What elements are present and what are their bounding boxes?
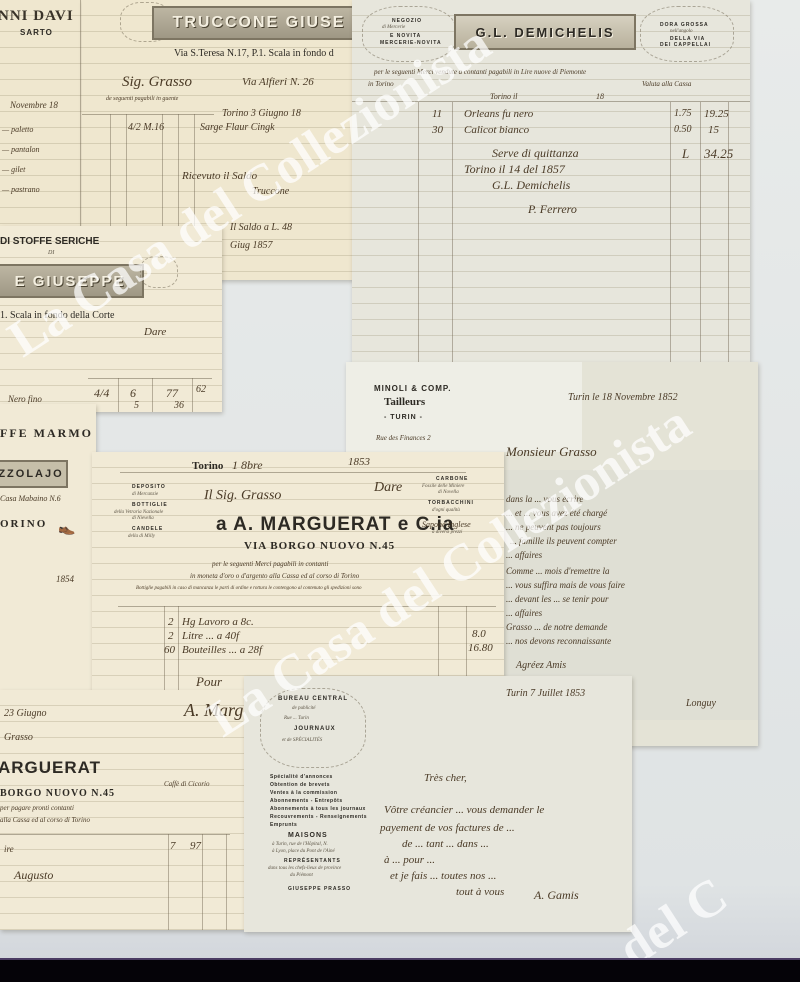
marguerat-left-box-4: della Vetraria Nazionale (114, 510, 163, 515)
divider (168, 834, 169, 930)
marguerat-notice: Bottiglie pagabili in caso di mancanza l… (136, 586, 361, 591)
marguerat-row3-qty: 60 (164, 644, 175, 656)
marguerat-left-box-2: di Mercanzie (132, 492, 158, 497)
davi-trade: SARTO (20, 28, 53, 37)
minoli-trade: Tailleurs (384, 396, 425, 408)
bureau-vignette-1: BUREAU CENTRAL (278, 696, 348, 702)
minoli-body-line: ... ne peuvent pas toujours (506, 522, 601, 532)
truccone-street: Via Alfieri N. 26 (242, 76, 314, 88)
marguerat2-row-label: ire (4, 844, 14, 854)
davi-line: — pantalon (2, 145, 40, 154)
marmo-line1: FFE MARMO (0, 426, 93, 441)
divider (670, 102, 671, 362)
bureau-vignette-3: Rue ... Turin (284, 716, 309, 721)
minoli-body-line: ... devant les ... se tenir pour (506, 594, 609, 604)
marguerat-right-box-1: CARBONE (436, 476, 468, 482)
demichelis-valuta: Valuta alla Cassa (642, 80, 691, 88)
truccone-note4: Giug 1857 (230, 240, 273, 251)
bureau-service: Abonnements - Entrepôts (270, 798, 343, 804)
bureau-signature: A. Gamis (534, 888, 579, 903)
divider (88, 378, 212, 379)
shoe-icon: 👞 (58, 520, 75, 537)
minoli-address: Rue des Finances 2 (376, 434, 431, 442)
demichelis-receipt-line-3: G.L. Demichelis (492, 178, 570, 193)
bureau-salutation: Très cher, (424, 772, 467, 784)
marmo-date: 1854 (56, 574, 74, 584)
demichelis-receipt-line-4: P. Ferrero (528, 202, 577, 217)
demichelis-right-box-1: DORA GROSSA (660, 22, 709, 28)
demichelis-date-label: Torino il (490, 92, 518, 101)
divider (178, 606, 179, 698)
stoffe-row-desc: Nero fino (8, 394, 42, 404)
marguerat-left-box-5: di Nievella (132, 516, 154, 521)
document-marmo-letterhead: FFE MARMO ZZOLAJO Casa Mabaino N.6 ORINO… (0, 404, 96, 694)
stoffe-row-val-5: 5 (134, 400, 139, 411)
divider (226, 834, 227, 930)
stoffe-header: DI STOFFE SERICHE (0, 236, 99, 247)
document-demichelis-invoice: NEGOZIO di Mercerie E NOVITA MERCERIE-NO… (352, 0, 750, 362)
marmo-line4: ORINO (0, 518, 47, 530)
marguerat-right-box-2: Fossile delle Miniere (422, 484, 464, 489)
stoffe-row-val-2: 6 (130, 386, 136, 401)
bureau-maison: à Lyon, place du Pont de l'Ainé (272, 849, 335, 854)
marguerat2-date: 23 Giugno (4, 708, 47, 719)
bureau-service: Obtention de brevets (270, 782, 330, 788)
marguerat-row2-total: 8.0 (472, 628, 486, 640)
ornament-icon (640, 6, 734, 62)
truccone-note3: Il Saldo a L. 48 (230, 222, 292, 233)
demichelis-right-box-4: DEI CAPPELLAI (660, 42, 711, 48)
marguerat-row3-total: 16.80 (468, 642, 493, 654)
marguerat-year: 1853 (348, 456, 370, 468)
minoli-body-line: ... vous suffira mais de vous faire (506, 580, 625, 590)
minoli-body-line: ... famille ils peuvent compter (510, 536, 617, 546)
demichelis-currency: L (682, 146, 689, 162)
demichelis-left-box-2: di Mercerie (382, 25, 405, 30)
truccone-name-banner: TRUCCONE GIUSE (152, 6, 354, 40)
minoli-salutation: Monsieur Grasso (506, 444, 597, 460)
bureau-representants-title: REPRÉSENTANTS (284, 858, 341, 864)
demichelis-left-box-3: E NOVITA (390, 33, 421, 39)
bureau-body-line: Vôtre créancier ... vous demander le (384, 804, 544, 816)
minoli-body-line: ... nos devons reconnaissante (506, 636, 611, 646)
stoffe-row-val-3: 77 (166, 386, 178, 401)
bureau-footer: GIUSEPPE PRASSO (288, 886, 351, 892)
bureau-vignette-4: JOURNAUX (294, 726, 336, 732)
marguerat2-signature: Augusto (14, 868, 53, 883)
marguerat-right-box-5: d'ogni qualità (432, 508, 460, 513)
marguerat-row3-desc: Bouteilles ... a 28f (182, 644, 262, 656)
demichelis-row1-total: 19.25 (704, 108, 729, 120)
demichelis-row2-price: 0.50 (674, 124, 692, 135)
divider (728, 102, 729, 362)
marguerat2-address: BORGO NUOVO N.45 (0, 788, 115, 799)
marmo-line2: ZZOLAJO (0, 460, 68, 488)
marguerat-address: VIA BORGO NUOVO N.45 (244, 540, 395, 552)
document-bureau-letter: BUREAU CENTRAL de publicité Rue ... Turi… (244, 676, 632, 932)
minoli-name: MINOLI & COMP. (374, 384, 451, 393)
marguerat-right-box-3: di Novella (438, 490, 459, 495)
bureau-service: Spécialité d'annonces (270, 774, 333, 780)
marguerat2-value1: 7 (170, 840, 176, 852)
demichelis-row2-qty: 30 (432, 124, 443, 136)
bureau-vignette-5: et de SPÉCIALITÉS (282, 738, 322, 743)
marguerat-left-box-3: BOTTIGLIE (132, 502, 168, 508)
divider (118, 606, 496, 607)
stoffe-row-val-1: 4/4 (94, 386, 109, 401)
stoffe-address: 1. Scala in fondo della Corte (0, 310, 114, 321)
marguerat2-sub2: alla Cassa ed al corso di Torino (0, 816, 90, 824)
demichelis-left-box-4: MERCERIE-NOVITA (380, 40, 442, 46)
bureau-service: Emprunts (270, 822, 297, 828)
marmo-line3: Casa Mabaino N.6 (0, 494, 61, 503)
demichelis-subline: per le seguenti Merci vendute a contanti… (374, 68, 586, 76)
document-stoffe-seriche-invoice: DI STOFFE SERICHE DI E GIUSEPPE 1. Scala… (0, 226, 222, 412)
divider (352, 101, 750, 102)
minoli-city: - TURIN - (384, 414, 423, 421)
photo-bottom-edge (0, 958, 800, 982)
divider (120, 472, 466, 473)
marguerat-left-box-6: CANDELE (132, 526, 163, 532)
document-davi-invoice: NNI DAVI SARTO Novembre 18 — paletto — p… (0, 0, 84, 230)
stoffe-row-val-4: 62 (196, 384, 206, 395)
divider (418, 102, 419, 362)
truccone-address: Via S.Teresa N.17, P.1. Scala in fondo d (174, 48, 334, 59)
bureau-vignette-2: de publicité (292, 706, 315, 711)
truccone-subline: de seguenti pagabili in guente (106, 96, 178, 102)
divider (0, 834, 230, 835)
marguerat-sub1: per le seguenti Merci pagabili in contan… (212, 560, 328, 568)
bureau-body-line: et je fais ... toutes nos ... (390, 870, 496, 882)
marguerat-dare: Dare (374, 480, 402, 496)
divider (700, 102, 701, 362)
divider (118, 378, 119, 412)
marguerat-date-label: Torino (192, 460, 223, 472)
document-marguerat-second-invoice: 23 Giugno Grasso ARGUERAT BORGO NUOVO N.… (0, 690, 244, 930)
stoffe-row-val-6: 36 (174, 400, 184, 411)
marguerat-right-box-7: a diversi prezzi (432, 530, 462, 535)
demichelis-row2-desc: Calicot bianco (464, 124, 529, 136)
bureau-maisons-title: MAISONS (288, 832, 328, 839)
marguerat-left-box-7: della di Milly (128, 534, 155, 539)
truccone-row1-desc: Sarge Flaur Cingk (200, 122, 275, 133)
bureau-body-line: tout à vous (456, 886, 504, 898)
bureau-representant: dans tous les chefs-lieux de province (268, 866, 341, 871)
divider (152, 378, 153, 412)
marguerat-right-box-4: TORBACCHINI (428, 500, 474, 506)
marguerat-date: 1 8bre (232, 458, 263, 473)
minoli-body-line: dans la ... vous écrire (506, 494, 583, 504)
demichelis-row1-price: 1.75 (674, 108, 692, 119)
minoli-body-line: Comme ... mois d'remettre la (506, 566, 610, 576)
marguerat-row2-qty: 2 (168, 630, 174, 642)
marguerat-row1-desc: Hg Lavoro a 8c. (182, 616, 254, 628)
demichelis-year-label: 18 (596, 92, 604, 101)
marguerat2-name: ARGUERAT (0, 758, 101, 778)
bureau-maison: à Turin, rue de l'Hôpital, N. (272, 842, 328, 847)
ornament-icon (140, 256, 178, 288)
marguerat2-value2: 97 (190, 840, 201, 852)
bureau-service: Ventes à la commission (270, 790, 337, 796)
bureau-date: Turin 7 Juillet 1853 (506, 688, 585, 699)
bureau-body-line: de ... tant ... dans ... (402, 838, 489, 850)
stoffe-name-banner: E GIUSEPPE (0, 264, 144, 298)
divider (202, 834, 203, 930)
davi-line: — gilet (2, 165, 25, 174)
demichelis-receipt-line-2: Torino il 14 del 1857 (464, 162, 565, 177)
davi-line: — paletto (2, 125, 33, 134)
minoli-closing: Agréez Amis (516, 660, 566, 671)
demichelis-left-box-1: NEGOZIO (392, 18, 422, 24)
divider (452, 102, 453, 362)
marguerat-right-box-6: Sapone Inglese (422, 520, 471, 529)
demichelis-row1-desc: Orleans fu nero (464, 108, 533, 120)
marguerat2-addressee: Grasso (4, 732, 33, 743)
demichelis-receipt-line-1: Serve di quittanza (492, 146, 579, 161)
truccone-note1: Ricevuto il Saldo (182, 170, 257, 182)
minoli-body-line: ... affaires (506, 608, 542, 618)
minoli-signature: Longuy (686, 698, 716, 709)
davi-line: — pastrano (2, 185, 40, 194)
davi-date: Novembre 18 (10, 100, 58, 110)
marguerat-sub2: in moneta d'oro o d'argento alla Cassa e… (190, 572, 359, 580)
bureau-service: Abonnements à tous les journaux (270, 806, 366, 812)
demichelis-row1-qty: 11 (432, 108, 442, 120)
marguerat-addressee: Il Sig. Grasso (204, 488, 281, 504)
marguerat-row2-desc: Litre ... a 40f (182, 630, 239, 642)
truccone-addressee: Sig. Grasso (122, 74, 192, 91)
demichelis-grand-total: 34.25 (704, 146, 733, 162)
divider (80, 0, 81, 230)
document-marguerat-invoice: Torino 1 8bre 1853 Il Sig. Grasso Dare D… (92, 452, 504, 698)
stoffe-di: DI (48, 250, 54, 256)
demichelis-city: in Torino (368, 80, 394, 88)
bureau-body-line: à ... pour ... (384, 854, 435, 866)
truccone-date: Torino 3 Giugno 18 (222, 108, 301, 119)
davi-name: NNI DAVI (0, 8, 74, 25)
marguerat-name: a A. MARGUERAT e C.ia (216, 514, 454, 536)
marguerat-left-box-1: DEPOSITO (132, 484, 166, 490)
divider (192, 378, 193, 412)
minoli-date: Turin le 18 Novembre 1852 (568, 392, 678, 403)
bureau-representant: du Piémont (290, 873, 313, 878)
truccone-row1-qty: 4/2 M.16 (128, 122, 164, 133)
marguerat-row1-qty: 2 (168, 616, 174, 628)
marguerat2-sub1: per pagare pronti contanti (0, 804, 74, 812)
bureau-service: Recouvrements - Renseignements (270, 814, 367, 820)
minoli-body-line: ... et ... vous avez été chargé (506, 508, 607, 518)
minoli-body-line: ... affaires (506, 550, 542, 560)
stoffe-dare: Dare (144, 326, 166, 338)
minoli-body-line: Grasso ... de notre demande (506, 622, 607, 632)
bureau-body-line: payement de vos factures de ... (380, 822, 515, 834)
truccone-note2: Truccone (252, 186, 289, 197)
demichelis-right-box-2: nell'angolo (670, 29, 692, 34)
marguerat-pour: Pour (196, 674, 222, 690)
marguerat2-caffe: Caffè di Cicorio (164, 780, 210, 788)
demichelis-row2-total: 15 (708, 124, 719, 136)
demichelis-name-banner: G.L. DEMICHELIS (454, 14, 636, 50)
